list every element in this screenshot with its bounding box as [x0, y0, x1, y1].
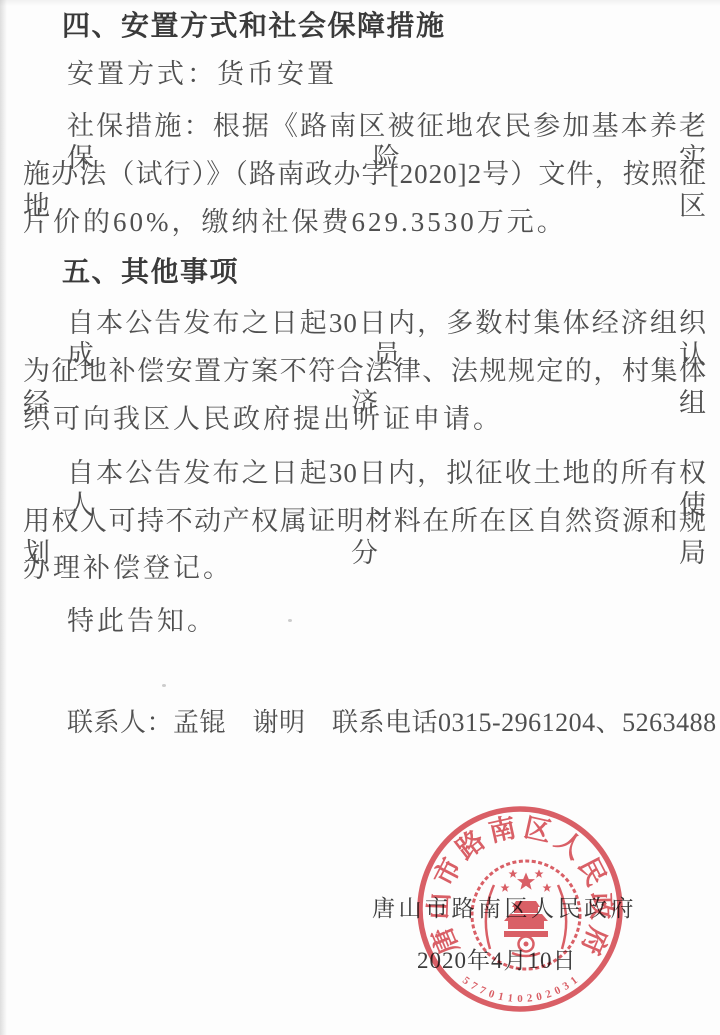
closing-line: 特此告知。 [67, 605, 217, 637]
svg-text:0: 0 [487, 988, 496, 1001]
svg-text:路: 路 [451, 825, 491, 865]
seal-code: 1302020110775 [460, 974, 580, 1005]
small-star-icon [535, 869, 544, 878]
svg-text:2: 2 [544, 988, 553, 1001]
small-star-icon [543, 883, 552, 892]
social-insurance-line-3: 片价的60%，缴纳社保费629.3530万元。 [23, 206, 567, 238]
svg-text:1: 1 [497, 990, 505, 1003]
contact-line: 联系人：孟锟 谢明 联系电话0315-2961204、5263488 [67, 707, 717, 739]
small-star-icon [509, 869, 518, 878]
issue-date: 2020年4月10日 [417, 945, 577, 977]
svg-text:区: 区 [521, 812, 554, 847]
issuer-name: 唐山市路南区人民政府 [372, 893, 637, 925]
heading-section-5: 五、其他事项 [62, 256, 239, 288]
svg-text:7: 7 [477, 984, 487, 997]
scan-speck [288, 619, 292, 622]
svg-text:7: 7 [468, 980, 479, 993]
svg-text:南: 南 [486, 812, 519, 847]
svg-text:市: 市 [428, 853, 467, 891]
svg-text:人: 人 [550, 825, 590, 865]
svg-text:2: 2 [526, 992, 533, 1005]
hearing-para-line-3: 织可向我区人民政府提出听证申请。 [23, 403, 503, 435]
svg-text:3: 3 [561, 979, 572, 992]
scan-speck [162, 684, 166, 687]
seal-ring-text: 唐山市路南区人民政府 [424, 812, 617, 959]
svg-text:民: 民 [573, 853, 612, 891]
svg-text:府: 府 [575, 922, 613, 959]
registration-para-line-3: 办理补偿登记。 [23, 552, 233, 584]
document-page: 四、安置方式和社会保障措施 安置方式：货币安置 社保措施：根据《路南区被征地农民… [0, 0, 720, 1035]
svg-text:0: 0 [517, 993, 523, 1005]
svg-text:0: 0 [535, 990, 543, 1003]
svg-text:1: 1 [507, 992, 514, 1005]
big-star-icon [517, 873, 535, 890]
small-star-icon [501, 883, 510, 892]
heading-section-4: 四、安置方式和社会保障措施 [62, 10, 446, 42]
svg-text:0: 0 [553, 984, 563, 997]
placement-method-line: 安置方式：货币安置 [67, 58, 337, 90]
